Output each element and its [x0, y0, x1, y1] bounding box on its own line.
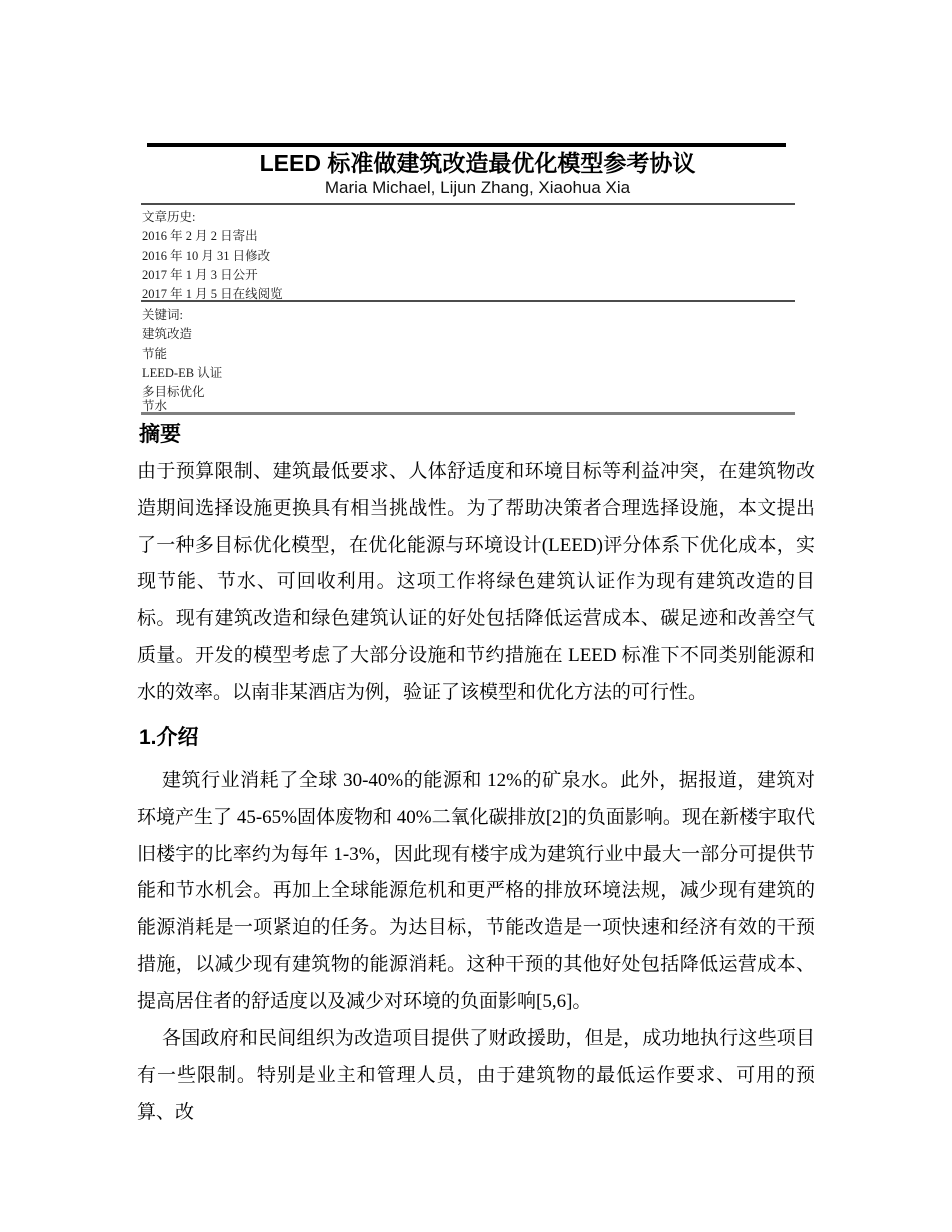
paper-authors: Maria Michael, Lijun Zhang, Xiaohua Xia [140, 178, 815, 198]
article-history-item: 2017 年 1 月 3 日公开 [142, 266, 642, 285]
intro-paragraph: 各国政府和民间组织为改造项目提供了财政援助，但是，成功地执行这些项目有一些限制。… [137, 1021, 815, 1131]
article-history-block: 文章历史: 2016 年 2 月 2 日寄出 2016 年 10 月 31 日修… [142, 208, 642, 304]
paper-title: LEED 标准做建筑改造最优化模型参考协议 [140, 150, 815, 176]
article-history-item: 2016 年 10 月 31 日修改 [142, 247, 642, 266]
article-history-item: 2016 年 2 月 2 日寄出 [142, 227, 642, 246]
intro-paragraph: 建筑行业消耗了全球 30-40%的能源和 12%的矿泉水。此外，据报道，建筑对环… [137, 763, 815, 1021]
keyword-item: 节能 [142, 345, 642, 364]
authors-divider [141, 203, 795, 205]
section-heading-introduction: 1.介绍 [139, 726, 199, 750]
keyword-item: 建筑改造 [142, 325, 642, 344]
keywords-block: 关键词: 建筑改造 节能 LEED-EB 认证 多目标优化 节水 [142, 306, 642, 417]
abstract-heading: 摘要 [139, 423, 181, 447]
keywords-label: 关键词: [142, 306, 642, 325]
history-divider [141, 300, 795, 302]
paper-page: LEED 标准做建筑改造最优化模型参考协议 Maria Michael, Lij… [0, 0, 952, 1232]
article-history-label: 文章历史: [142, 208, 642, 227]
top-divider [147, 143, 786, 147]
abstract-text: 由于预算限制、建筑最低要求、人体舒适度和环境目标等利益冲突，在建筑物改造期间选择… [137, 454, 815, 712]
keyword-item: LEED-EB 认证 [142, 364, 642, 383]
keywords-divider [141, 412, 795, 415]
